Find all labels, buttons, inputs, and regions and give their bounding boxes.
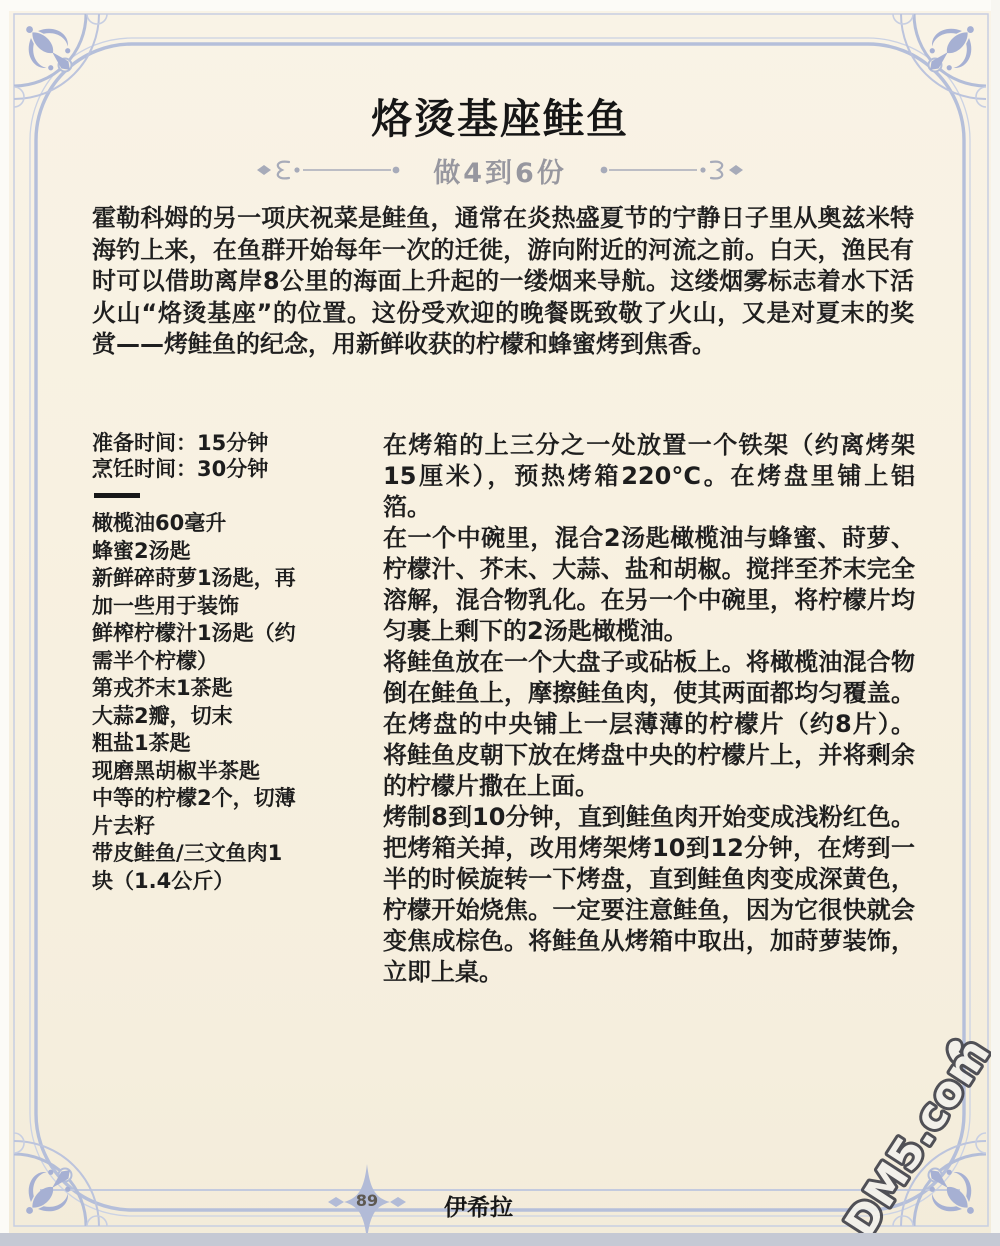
instruction-step: 将鲑鱼放在一个大盘子或砧板上。将橄榄油混合物倒在鲑鱼上，摩擦鲑鱼肉，使其两面都均… — [383, 647, 915, 802]
cook-time: 烹饪时间：30分钟 — [92, 456, 298, 482]
ingredient-item: 中等的柠檬2个，切薄片去籽 — [92, 785, 298, 840]
recipe-intro: 霍勒科姆的另一项庆祝菜是鲑鱼，通常在炎热盛夏节的宁静日子里从奥兹米特海钓上来，在… — [92, 203, 914, 361]
cookbook-page: DM5.com 烙烫基座鲑鱼 做4到6份 — [0, 0, 1000, 1246]
ingredient-item: 新鲜碎莳萝1汤匙，再加一些用于装饰 — [92, 565, 298, 620]
instruction-step: 在一个中碗里，混合2汤匙橄榄油与蜂蜜、莳萝、柠檬汁、芥末、大蒜、盐和胡椒。搅拌至… — [383, 523, 915, 647]
ingredient-item: 蜂蜜2汤匙 — [92, 538, 298, 566]
instructions-column: 在烤箱的上三分之一处放置一个铁架（约离烤架15厘米），预热烤箱220°C。在烤盘… — [383, 430, 915, 988]
ingredient-item: 大蒜2瓣，切末 — [92, 703, 298, 731]
page-edge-top — [0, 0, 1000, 11]
servings-label: 做4到6份 — [433, 151, 567, 190]
flourish-left-icon — [255, 158, 405, 182]
servings-row: 做4到6份 — [0, 148, 1000, 192]
instruction-step: 在烤箱的上三分之一处放置一个铁架（约离烤架15厘米），预热烤箱220°C。在烤盘… — [383, 430, 915, 523]
page-content: 烙烫基座鲑鱼 做4到6份 — [0, 0, 1000, 1246]
page-edge-right — [991, 0, 1000, 1246]
ingredients-list: 橄榄油60毫升蜂蜜2汤匙新鲜碎莳萝1汤匙，再加一些用于装饰鲜榨柠檬汁1汤匙（约需… — [92, 510, 298, 895]
prep-time: 准备时间：15分钟 — [92, 430, 298, 456]
page-edge-left — [0, 0, 9, 1246]
ingredient-item: 鲜榨柠檬汁1汤匙（约需半个柠檬） — [92, 620, 298, 675]
flourish-right-icon — [595, 158, 745, 182]
page-number: 89 — [350, 1191, 384, 1210]
ingredient-item: 第戎芥末1茶匙 — [92, 675, 298, 703]
ingredient-item: 粗盐1茶匙 — [92, 730, 298, 758]
page-edge-bottom-strip — [0, 1233, 1000, 1246]
instruction-step: 烤制8到10分钟，直到鲑鱼肉开始变成浅粉红色。把烤箱关掉，改用烤架烤10到12分… — [383, 802, 915, 988]
recipe-title: 烙烫基座鲑鱼 — [0, 86, 1000, 145]
ingredient-item: 橄榄油60毫升 — [92, 510, 298, 538]
ingredient-item: 带皮鲑鱼/三文鱼肉1块（1.4公斤） — [92, 840, 298, 895]
ingredients-column: 准备时间：15分钟 烹饪时间：30分钟 橄榄油60毫升蜂蜜2汤匙新鲜碎莳萝1汤匙… — [92, 430, 298, 895]
chapter-name: 伊希拉 — [444, 1189, 513, 1222]
ingredient-item: 现磨黑胡椒半茶匙 — [92, 758, 298, 786]
ingredients-divider — [94, 493, 140, 498]
